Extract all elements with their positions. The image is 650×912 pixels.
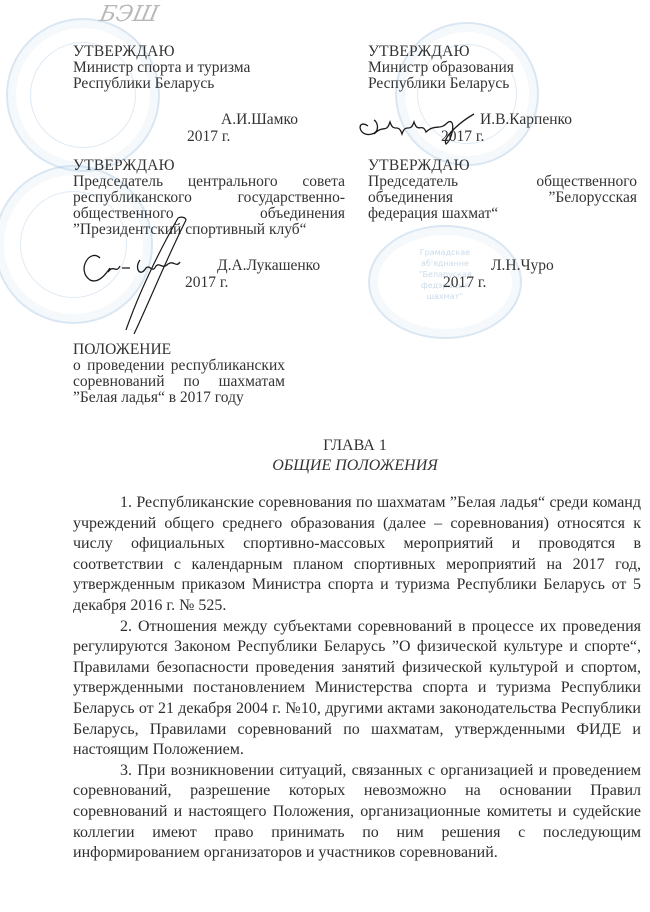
approval-heading: УТВЕРЖДАЮ [73,44,313,60]
paragraph-3: 3. При возникновении ситуаций, связанных… [73,761,641,864]
document-subtitle-line: соревнований по шахматам [73,374,285,390]
approval-name: И.В.Карпенко [480,112,572,128]
approval-role-line: Председатель центрального совета [73,174,345,190]
approval-role-line: Председатель общественного [368,174,637,190]
document-title: ПОЛОЖЕНИЕ [73,342,285,358]
approval-heading: УТВЕРЖДАЮ [368,44,608,60]
approval-role-line: объединения ”Белорусская [368,190,637,206]
paragraph-1: 1. Республиканские соревнования по шахма… [73,493,641,617]
paragraph-2: 2. Отношения между субъектами соревнован… [73,617,641,761]
approval-block-sport-minister: УТВЕРЖДАЮ Министр спорта и туризма Респу… [73,44,313,144]
approval-role: Министр спорта и туризма Республики Бела… [73,60,313,92]
approval-name: Л.Н.Чуро [491,258,554,274]
handwritten-note: БЭШ [97,2,160,27]
approval-role: Министр образования Республики Беларусь [368,60,608,92]
document-subtitle-line: о проведении республиканских [73,358,285,374]
document-body: 1. Республиканские соревнования по шахма… [73,493,641,864]
signature-lukashenko [70,190,220,340]
approval-block-chess-federation: УТВЕРЖДАЮ Председатель общественного объ… [368,158,637,298]
approval-year: 2017 г. [187,129,230,145]
approval-role-line: федерация шахмат“ [368,206,637,222]
chapter-number: ГЛАВА 1 [30,437,650,455]
approval-year: 2017 г. [443,275,486,291]
signature-karpenko [350,104,490,148]
document-subtitle-line: ”Белая ладья“ в 2017 году [73,390,285,406]
approval-name: А.И.Шамко [221,112,298,128]
approval-heading: УТВЕРЖДАЮ [73,158,345,174]
chapter-title: ОБЩИЕ ПОЛОЖЕНИЯ [30,457,650,475]
document-page: Грамадскае аб'яднанне ”Беларуская федэра… [0,0,650,912]
approval-name: Д.А.Лукашенко [217,258,320,274]
document-title-block: ПОЛОЖЕНИЕ о проведении республиканских с… [73,342,285,406]
approval-heading: УТВЕРЖДАЮ [368,158,637,174]
